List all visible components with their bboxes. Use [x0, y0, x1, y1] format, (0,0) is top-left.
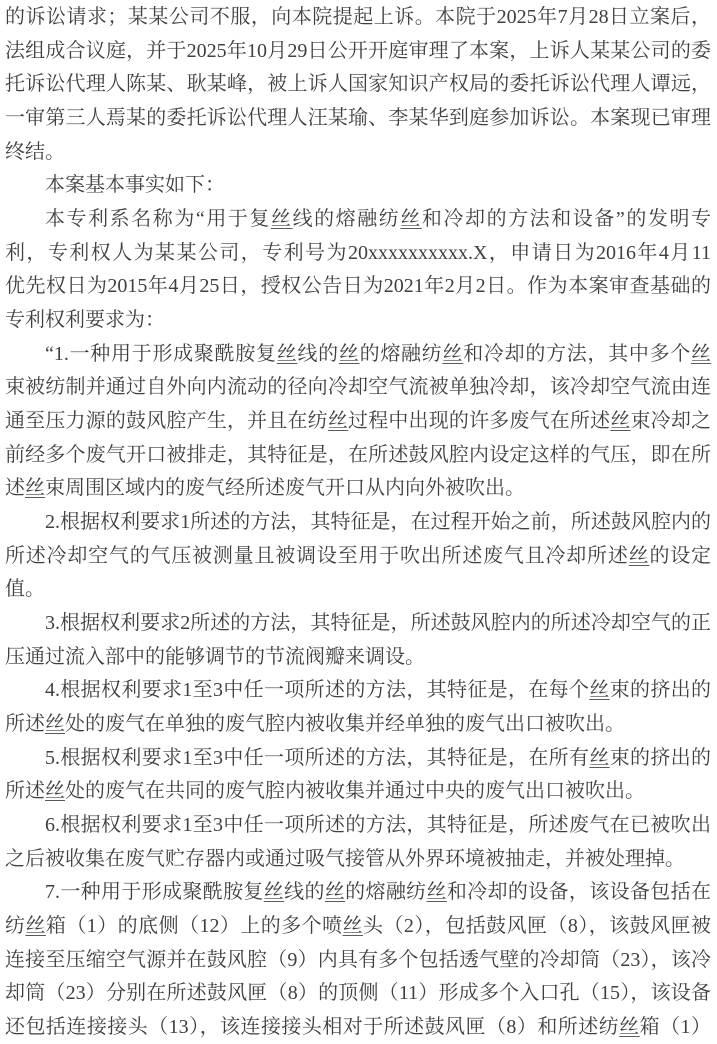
document-text-line: 纺丝箱（1）的底侧（12）上的多个喷丝头（2），包括鼓风匣（8），该鼓风匣被: [5, 910, 711, 944]
document-text-line: 2.根据权利要求1所述的方法，其特征是，在过程开始之前，所述鼓风腔内的: [5, 506, 711, 540]
document-text-line: 之后被收集在废气贮存器内或通过吸气接管从外界环境被抽走，并被处理掉。: [5, 843, 711, 877]
document-text-line: “1.一种用于形成聚酰胺复丝线的丝的熔融纺丝和冷却的方法，其中多个丝: [5, 338, 711, 372]
document-text-line: 5.根据权利要求1至3中任一项所述的方法，其特征是，在所有丝束的挤出的: [5, 742, 711, 776]
underlined-si-character: 丝: [277, 343, 298, 365]
document-text-line: 连接至压缩空气源并在鼓风腔（9）内具有多个包括透气壁的冷却筒（23），该冷: [5, 944, 711, 978]
underlined-si-character: 丝: [264, 881, 284, 903]
document-text-line: 6.根据权利要求1至3中任一项所述的方法，其特征是，所述废气在已被吹出: [5, 809, 711, 843]
underlined-si-character: 丝: [400, 208, 422, 230]
document-text-line: 却筒（23）分别在所述鼓风匣（8）的顶侧（11）形成多个入口孔（15），该设备: [5, 977, 711, 1011]
document-text-line: 法组成合议庭，并于2025年10月29日公开开庭审理了本案，上诉人某某公司的委: [5, 35, 711, 69]
document-text-line: 值。: [5, 573, 711, 607]
underlined-si-character: 丝: [619, 1016, 639, 1038]
underlined-si-character: 丝: [328, 410, 348, 432]
document-text-line: 的诉讼请求；某某公司不服，向本院提起上诉。本院于2025年7月28日立案后，依: [5, 1, 711, 35]
underlined-si-character: 丝: [25, 477, 45, 499]
document-text-line: 还包括连接接头（13），该连接接头相对于所述鼓风匣（8）和所述纺丝箱（1）: [5, 1011, 711, 1044]
document-text-line: 述丝束周围区域内的废气经所述废气开口从内向外被吹出。: [5, 472, 711, 506]
underlined-si-character: 丝: [45, 713, 65, 735]
underlined-si-character: 丝: [691, 343, 711, 365]
document-text-line: 一审第三人焉某的委托诉讼代理人汪某瑜、李某华到庭参加诉讼。本案现已审理: [5, 102, 711, 136]
underlined-si-character: 丝: [589, 747, 609, 769]
underlined-si-character: 丝: [339, 343, 360, 365]
document-text-line: 本专利系名称为“用于复丝线的熔融纺丝和冷却的方法和设备”的发明专: [5, 203, 711, 237]
underlined-si-character: 丝: [629, 545, 650, 567]
underlined-si-character: 丝: [271, 208, 293, 230]
document-text-line: 前经多个废气开口被排走，其特征是，在所述鼓风腔内设定这样的气压，即在所: [5, 439, 711, 473]
underlined-si-character: 丝: [610, 410, 630, 432]
underlined-si-character: 丝: [45, 780, 65, 802]
document-text-line: 3.根据权利要求2所述的方法，其特征是，所述鼓风腔内的所述冷却空气的正: [5, 607, 711, 641]
document-text-line: 4.根据权利要求1至3中任一项所述的方法，其特征是，在每个丝束的挤出的: [5, 674, 711, 708]
document-text-line: 所述冷却空气的气压被测量且被调设至用于吹出所述废气且冷却所述丝的设定: [5, 540, 711, 574]
document-text-line: 专利权利要求为：: [5, 304, 711, 338]
underlined-si-character: 丝: [427, 881, 447, 903]
document-text-line: 优先权日为2015年4月25日，授权公告日为2021年2月2日。作为本案审查基础…: [5, 270, 711, 304]
document-text-body: 的诉讼请求；某某公司不服，向本院提起上诉。本院于2025年7月28日立案后，依法…: [5, 1, 711, 1044]
document-text-line: 所述丝处的废气在共同的废气腔内被收集并通过中央的废气出口被吹出。: [5, 775, 711, 809]
document-text-line: 压通过流入部中的能够调节的节流阀瓣来调设。: [5, 641, 711, 675]
document-text-line: 本案基本事实如下：: [5, 169, 711, 203]
document-text-line: 终结。: [5, 136, 711, 170]
underlined-si-character: 丝: [325, 881, 345, 903]
underlined-si-character: 丝: [442, 343, 463, 365]
document-text-line: 利，专利权人为某某公司，专利号为20xxxxxxxxxx.X，申请日为2016年…: [5, 237, 711, 271]
document-text-line: 7.一种用于形成聚酰胺复丝线的丝的熔融纺丝和冷却的设备，该设备包括在: [5, 876, 711, 910]
underlined-si-character: 丝: [343, 915, 363, 937]
document-text-line: 通至压力源的鼓风腔产生，并且在纺丝过程中出现的许多废气在所述丝束冷却之: [5, 405, 711, 439]
underlined-si-character: 丝: [25, 915, 45, 937]
underlined-si-character: 丝: [589, 679, 609, 701]
document-text-line: 托诉讼代理人陈某、耿某峰，被上诉人国家知识产权局的委托诉讼代理人谭远，: [5, 68, 711, 102]
document-text-line: 所述丝处的废气在单独的废气腔内被收集并经单独的废气出口被吹出。: [5, 708, 711, 742]
legal-document-page: 的诉讼请求；某某公司不服，向本院提起上诉。本院于2025年7月28日立案后，依法…: [0, 0, 717, 1044]
document-text-line: 束被纺制并通过自外向内流动的径向冷却空气流被单独冷却，该冷却空气流由连: [5, 371, 711, 405]
